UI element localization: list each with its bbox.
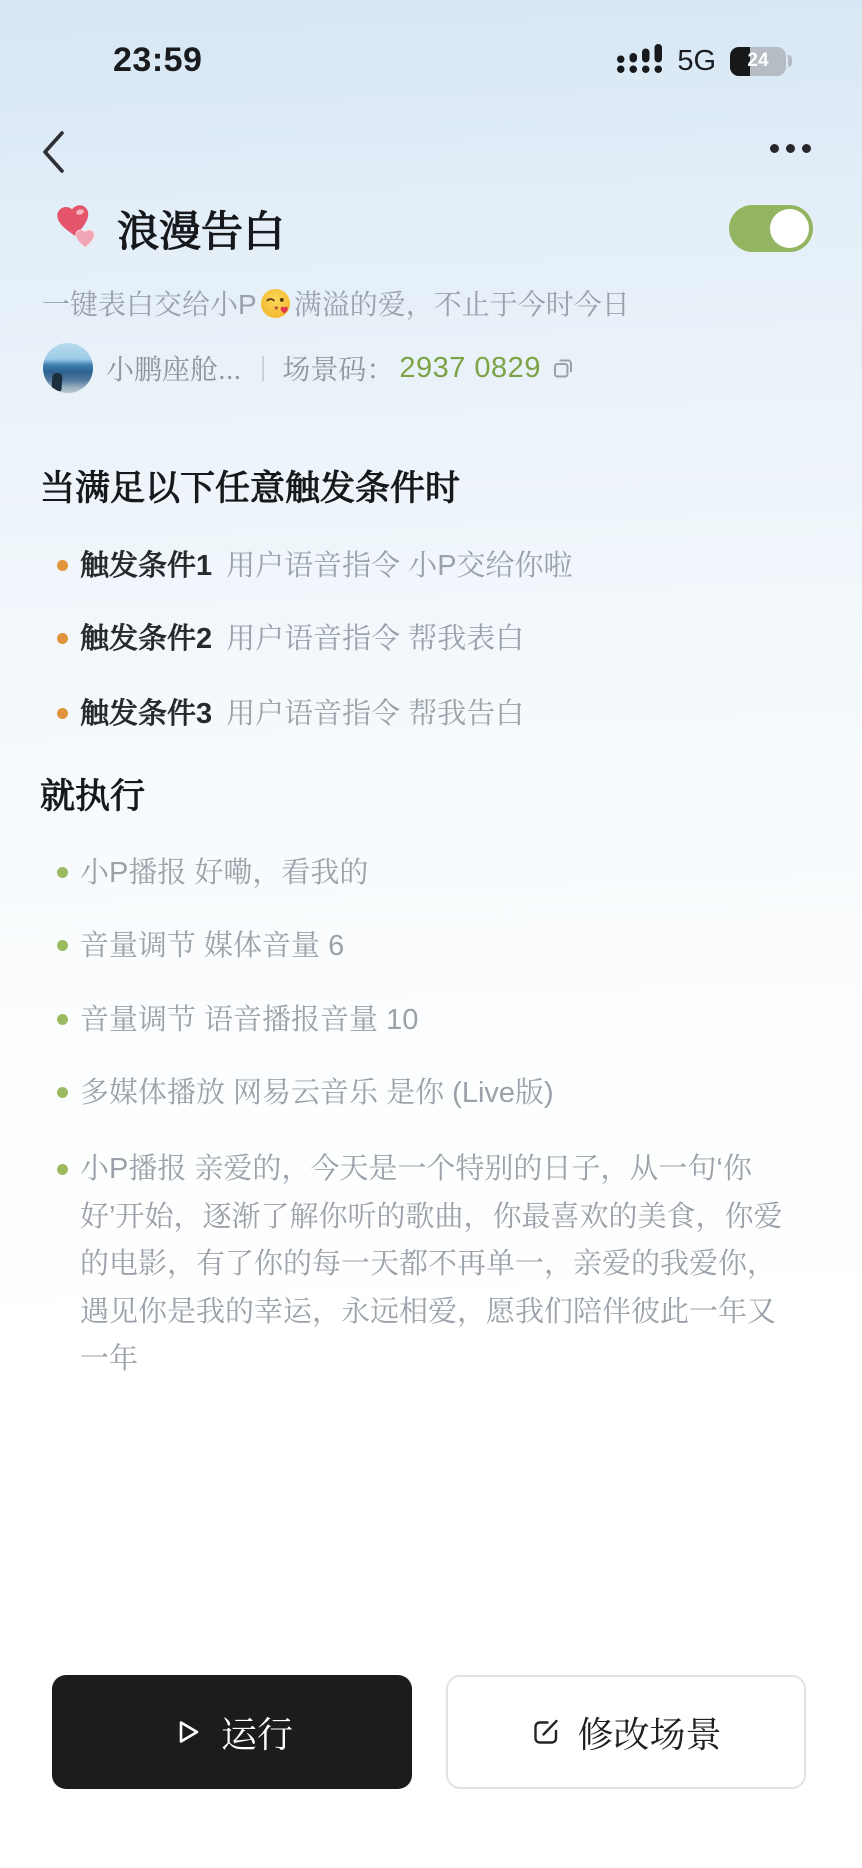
trigger-content: 用户语音指令 小P交给你啦 bbox=[226, 549, 572, 583]
action-text: 音量调节 语音播报音量 10 bbox=[80, 1003, 418, 1037]
divider bbox=[262, 356, 264, 381]
scene-title-row: 浪漫告白 bbox=[54, 199, 285, 259]
owner-row: 小鹏座舱... 场景码： 2937 0829 bbox=[43, 343, 576, 393]
kiss-emoji-icon bbox=[260, 288, 291, 319]
action-item-1: 小P播报 好嘞，看我的 bbox=[57, 856, 368, 890]
scene-description: 一键表白交给小P 满溢的爱，不止于今时今日 bbox=[42, 283, 630, 323]
actions-header: 就执行 bbox=[40, 769, 145, 819]
action-item-3: 音量调节 语音播报音量 10 bbox=[57, 1003, 418, 1037]
battery-percent: 24 bbox=[730, 47, 786, 76]
battery-cap bbox=[788, 55, 792, 67]
action-bullet-icon bbox=[57, 1164, 68, 1175]
trigger-bullet-icon bbox=[57, 708, 68, 719]
trigger-bullet-icon bbox=[57, 633, 68, 644]
action-bullet-icon bbox=[57, 1087, 68, 1098]
edit-scene-button[interactable]: 修改场景 bbox=[446, 1675, 806, 1789]
edit-scene-button-label: 修改场景 bbox=[577, 1707, 721, 1758]
back-button[interactable] bbox=[40, 126, 90, 182]
trigger-label: 触发条件1 bbox=[80, 549, 212, 583]
trigger-item-3: 触发条件3 用户语音指令 帮我告白 bbox=[57, 697, 524, 731]
status-icons: 5G 24 bbox=[617, 44, 792, 78]
trigger-content: 用户语音指令 帮我表白 bbox=[226, 622, 524, 656]
owner-avatar bbox=[43, 343, 93, 393]
action-bullet-icon bbox=[57, 867, 68, 878]
trigger-content: 用户语音指令 帮我告白 bbox=[226, 697, 524, 731]
trigger-item-1: 触发条件1 用户语音指令 小P交给你啦 bbox=[57, 549, 573, 583]
two-hearts-icon bbox=[54, 201, 106, 258]
copy-icon bbox=[550, 355, 576, 381]
more-options-button[interactable] bbox=[766, 138, 815, 159]
scene-code-label: 场景码： bbox=[282, 348, 394, 388]
action-item-4: 多媒体播放 网易云音乐 是你 (Live版) bbox=[57, 1076, 554, 1110]
action-text: 多媒体播放 网易云音乐 是你 (Live版) bbox=[80, 1076, 554, 1110]
copy-scene-code-button[interactable] bbox=[550, 355, 576, 381]
trigger-bullet-icon bbox=[57, 560, 68, 571]
toggle-knob bbox=[770, 209, 809, 248]
trigger-label: 触发条件2 bbox=[80, 622, 212, 656]
action-text: 小P播报 亲爱的，今天是一个特别的日子，从一句‘你好’开始，逐渐了解你听的歌曲，… bbox=[80, 1146, 802, 1384]
action-bullet-icon bbox=[57, 940, 68, 951]
triggers-header: 当满足以下任意触发条件时 bbox=[40, 461, 460, 511]
play-icon bbox=[171, 1716, 203, 1748]
action-bullet-icon bbox=[57, 1014, 68, 1025]
scene-title: 浪漫告白 bbox=[117, 199, 285, 259]
run-button-label: 运行 bbox=[221, 1707, 293, 1758]
action-text: 小P播报 好嘞，看我的 bbox=[80, 856, 368, 890]
status-time: 23:59 bbox=[113, 41, 202, 80]
scene-detail-screen: 23:59 5G 24 bbox=[0, 0, 862, 1868]
action-item-5: 小P播报 亲爱的，今天是一个特别的日子，从一句‘你好’开始，逐渐了解你听的歌曲，… bbox=[57, 1146, 802, 1384]
scene-code-value: 2937 0829 bbox=[399, 352, 541, 385]
chevron-left-icon bbox=[40, 129, 68, 180]
edit-icon bbox=[530, 1716, 562, 1748]
ellipsis-icon bbox=[770, 144, 779, 153]
trigger-item-2: 触发条件2 用户语音指令 帮我表白 bbox=[57, 622, 524, 656]
battery-icon: 24 bbox=[730, 47, 792, 76]
action-item-2: 音量调节 媒体音量 6 bbox=[57, 929, 344, 963]
signal-icon bbox=[617, 44, 663, 78]
trigger-label: 触发条件3 bbox=[80, 697, 212, 731]
scene-enabled-toggle[interactable] bbox=[729, 205, 813, 252]
network-type: 5G bbox=[677, 45, 716, 78]
owner-name: 小鹏座舱... bbox=[106, 348, 241, 388]
run-button[interactable]: 运行 bbox=[52, 1675, 412, 1789]
action-text: 音量调节 媒体音量 6 bbox=[80, 929, 344, 963]
